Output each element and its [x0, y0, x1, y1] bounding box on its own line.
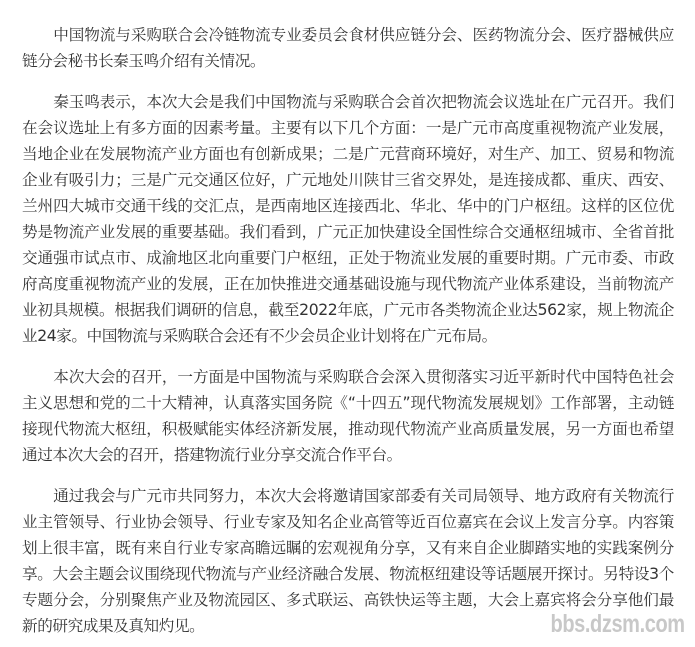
site-watermark: bbs.dzsm.com: [551, 610, 685, 639]
paragraph-venue-reasons: 秦玉鸣表示，本次大会是我们中国物流与采购联合会首次把物流会议选址在广元召开。我们…: [22, 89, 674, 349]
paragraph-speaker-intro: 中国物流与采购联合会冷链物流专业委员会食材供应链分会、医药物流分会、医疗器械供应…: [22, 22, 674, 74]
article-body: 中国物流与采购联合会冷链物流专业委员会食材供应链分会、医药物流分会、医疗器械供应…: [22, 22, 674, 647]
paragraph-conference-purpose: 本次大会的召开，一方面是中国物流与采购联合会深入贯彻落实习近平新时代中国特色社会…: [22, 364, 674, 468]
